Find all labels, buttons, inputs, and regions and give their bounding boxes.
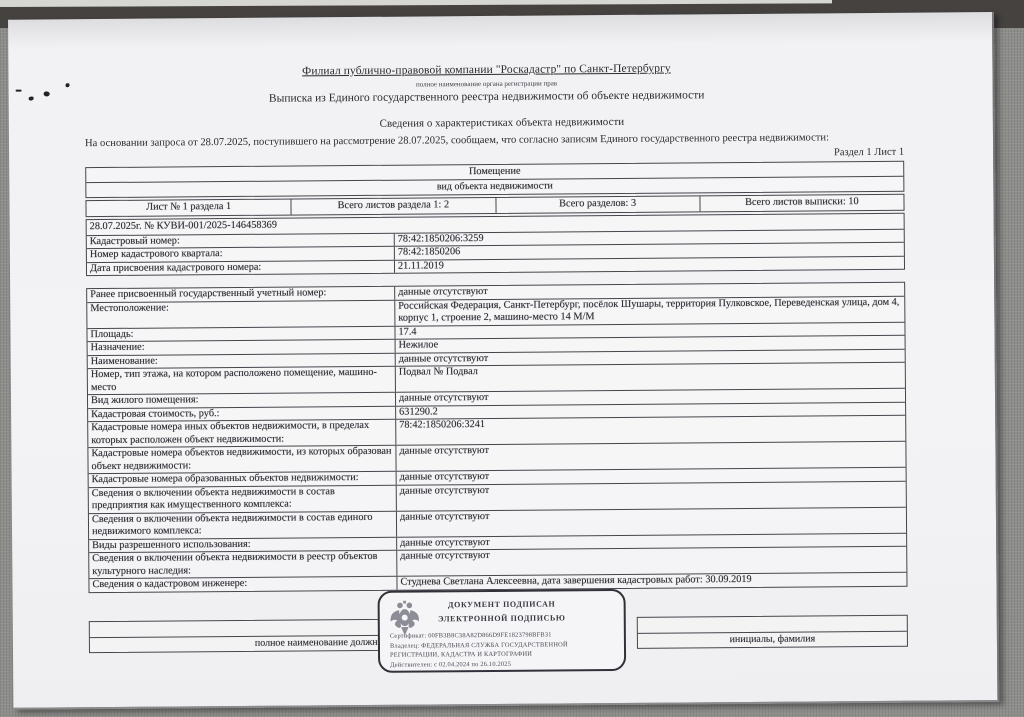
row-label: Наименование: [88, 353, 395, 368]
row-value: Подвал № Подвал [395, 363, 905, 392]
row-label: Номер, тип этажа, на котором расположено… [88, 367, 395, 394]
row-label: Назначение: [88, 340, 395, 355]
row-label: Кадастровые номера образованных объектов… [89, 472, 396, 487]
row-label: Кадастровые номера иных объектов недвижи… [88, 420, 395, 447]
row-label: Сведения о включении объекта недвижимост… [89, 551, 396, 578]
ink-speck [29, 97, 34, 101]
sheet-info-cell: Всего листов выписки: 10 [699, 195, 903, 212]
section-title: Сведения о характеристиках объекта недви… [9, 113, 995, 133]
signature-name-box: инициалы, фамилия [637, 615, 908, 649]
row-value: данные отсутствуют [395, 442, 905, 471]
row-label: Кадастровый номер: [87, 233, 394, 248]
scanned-document-photo: Филиал публично-правовой компании "Роска… [0, 0, 1024, 717]
row-value: Российская Федерация, Санкт-Петербург, п… [394, 296, 904, 325]
row-label: Сведения о кадастровом инженере: [89, 577, 396, 592]
row-label: Площадь: [87, 326, 394, 341]
row-label: Вид жилого помещения: [88, 393, 395, 408]
digital-signature-stamp: ДОКУМЕНТ ПОДПИСАН ЭЛЕКТРОННОЙ ПОДПИСЬЮ С… [378, 589, 627, 673]
object-type-table: Помещение вид объекта недвижимости [85, 161, 904, 198]
row-value: данные отсутствуют [396, 547, 906, 576]
stamp-details: Сертификат: 00FB3B8C38A82D866D9FE1823798… [390, 630, 618, 670]
row-label: Сведения о включении объекта недвижимост… [89, 511, 396, 538]
request-line: На основании запроса от 28.07.2025, пост… [85, 132, 915, 150]
row-label: Сведения о включении объекта недвижимост… [89, 485, 396, 512]
row-label: Дата присвоения кадастрового номера: [87, 260, 394, 275]
row-value: данные отсутствуют [396, 481, 906, 510]
cadastral-number-table: 28.07.2025г. № КУВИ-001/2025-146458369 К… [86, 213, 905, 276]
row-label: Кадастровые номера объектов недвижимости… [88, 446, 395, 473]
row-value: 78:42:1850206:3241 [395, 416, 905, 445]
stamp-line-1: ДОКУМЕНТ ПОДПИСАН [380, 599, 624, 610]
stamp-validity: Действителен: с 02.04.2024 по 26.10.2025 [390, 659, 618, 670]
sheet-info-cell: Всего листов раздела 1: 2 [291, 198, 495, 215]
initials-caption: инициалы, фамилия [638, 631, 907, 648]
document-page: Филиал публично-правовой компании "Роска… [8, 12, 999, 710]
row-value: Студнева Светлана Алексеевна, дата завер… [396, 573, 906, 590]
row-value: 21.11.2019 [394, 256, 904, 273]
row-label: Кадастровая стоимость, руб.: [88, 406, 395, 421]
row-label: Виды разрешенного использования: [89, 537, 396, 552]
object-details-table: Ранее присвоенный государственный учетны… [86, 282, 907, 593]
row-label: Местоположение: [87, 300, 394, 327]
sheet-info-cell: Всего разделов: 3 [495, 196, 699, 213]
row-label: Ранее присвоенный государственный учетны… [87, 287, 394, 302]
row-label: Номер кадастрового квартала: [87, 247, 394, 262]
row-value: данные отсутствуют [396, 507, 906, 536]
stamp-line-2: ЭЛЕКТРОННОЙ ПОДПИСЬЮ [380, 613, 624, 624]
sheet-info-cell: Лист № 1 раздела 1 [86, 200, 290, 217]
ink-speck [16, 90, 22, 92]
